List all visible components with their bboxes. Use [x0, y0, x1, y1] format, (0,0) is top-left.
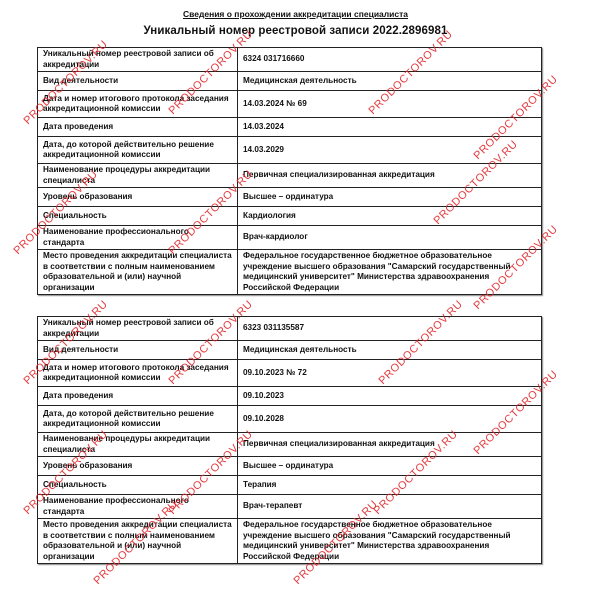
row-professional-standard: Наименование профессионального стандарта… [38, 495, 542, 519]
field-value: 09.10.2028 [238, 406, 542, 433]
field-value: 14.03.2024 [238, 118, 542, 137]
row-registry-number: Уникальный номер реестровой записи об ак… [38, 48, 542, 72]
row-activity-type: Вид деятельностиМедицинская деятельность [38, 341, 542, 360]
field-value: Врач-кардиолог [238, 226, 542, 250]
row-exam-location: Место проведения аккредитации специалист… [38, 250, 542, 295]
field-value: Первичная специализированная аккредитаци… [238, 164, 542, 188]
field-label: Наименование процедуры аккредитации спец… [38, 164, 238, 188]
row-procedure-name: Наименование процедуры аккредитации спец… [38, 164, 542, 188]
field-value: Федеральное государственное бюджетное об… [238, 519, 542, 564]
row-activity-type: Вид деятельностиМедицинская деятельность [38, 72, 542, 91]
row-education-level: Уровень образованияВысшее – ординатура [38, 457, 542, 476]
field-label: Специальность [38, 476, 238, 495]
field-label: Дата, до которой действительно решение а… [38, 406, 238, 433]
field-label: Специальность [38, 207, 238, 226]
field-label: Дата проведения [38, 387, 238, 406]
row-exam-date: Дата проведения09.10.2023 [38, 387, 542, 406]
row-valid-until: Дата, до которой действительно решение а… [38, 406, 542, 433]
field-label: Уникальный номер реестровой записи об ак… [38, 317, 238, 341]
field-value: Терапия [238, 476, 542, 495]
registry-record-title: Уникальный номер реестровой записи 2022.… [0, 25, 591, 37]
row-specialty: СпециальностьТерапия [38, 476, 542, 495]
row-education-level: Уровень образованияВысшее – ординатура [38, 188, 542, 207]
row-professional-standard: Наименование профессионального стандарта… [38, 226, 542, 250]
field-label: Вид деятельности [38, 72, 238, 91]
document-heading: Сведения о прохождении аккредитации спец… [0, 9, 591, 19]
field-value: 6323 031135587 [238, 317, 542, 341]
field-value: Первичная специализированная аккредитаци… [238, 433, 542, 457]
field-value: 6324 031716660 [238, 48, 542, 72]
field-value: Высшее – ординатура [238, 457, 542, 476]
field-value: 09.10.2023 [238, 387, 542, 406]
field-value: Высшее – ординатура [238, 188, 542, 207]
field-value: 14.03.2024 № 69 [238, 91, 542, 118]
field-label: Наименование профессионального стандарта [38, 495, 238, 519]
field-label: Уровень образования [38, 457, 238, 476]
row-exam-location: Место проведения аккредитации специалист… [38, 519, 542, 564]
field-value: Врач-терапевт [238, 495, 542, 519]
field-label: Вид деятельности [38, 341, 238, 360]
field-label: Уникальный номер реестровой записи об ак… [38, 48, 238, 72]
field-label: Наименование профессионального стандарта [38, 226, 238, 250]
row-registry-number: Уникальный номер реестровой записи об ак… [38, 317, 542, 341]
accreditation-record-table-1: Уникальный номер реестровой записи об ак… [37, 47, 542, 295]
field-label: Дата и номер итогового протокола заседан… [38, 91, 238, 118]
row-specialty: СпециальностьКардиология [38, 207, 542, 226]
row-valid-until: Дата, до которой действительно решение а… [38, 137, 542, 164]
field-value: 09.10.2023 № 72 [238, 360, 542, 387]
field-value: Федеральное государственное бюджетное об… [238, 250, 542, 295]
accreditation-record-table-2: Уникальный номер реестровой записи об ак… [37, 316, 542, 564]
row-exam-date: Дата проведения14.03.2024 [38, 118, 542, 137]
field-label: Место проведения аккредитации специалист… [38, 250, 238, 295]
field-label: Дата и номер итогового протокола заседан… [38, 360, 238, 387]
row-protocol-date-number: Дата и номер итогового протокола заседан… [38, 91, 542, 118]
field-value: Медицинская деятельность [238, 72, 542, 91]
field-value: Медицинская деятельность [238, 341, 542, 360]
field-label: Уровень образования [38, 188, 238, 207]
field-label: Дата, до которой действительно решение а… [38, 137, 238, 164]
row-protocol-date-number: Дата и номер итогового протокола заседан… [38, 360, 542, 387]
field-label: Наименование процедуры аккредитации спец… [38, 433, 238, 457]
field-value: Кардиология [238, 207, 542, 226]
row-procedure-name: Наименование процедуры аккредитации спец… [38, 433, 542, 457]
field-label: Дата проведения [38, 118, 238, 137]
field-value: 14.03.2029 [238, 137, 542, 164]
field-label: Место проведения аккредитации специалист… [38, 519, 238, 564]
